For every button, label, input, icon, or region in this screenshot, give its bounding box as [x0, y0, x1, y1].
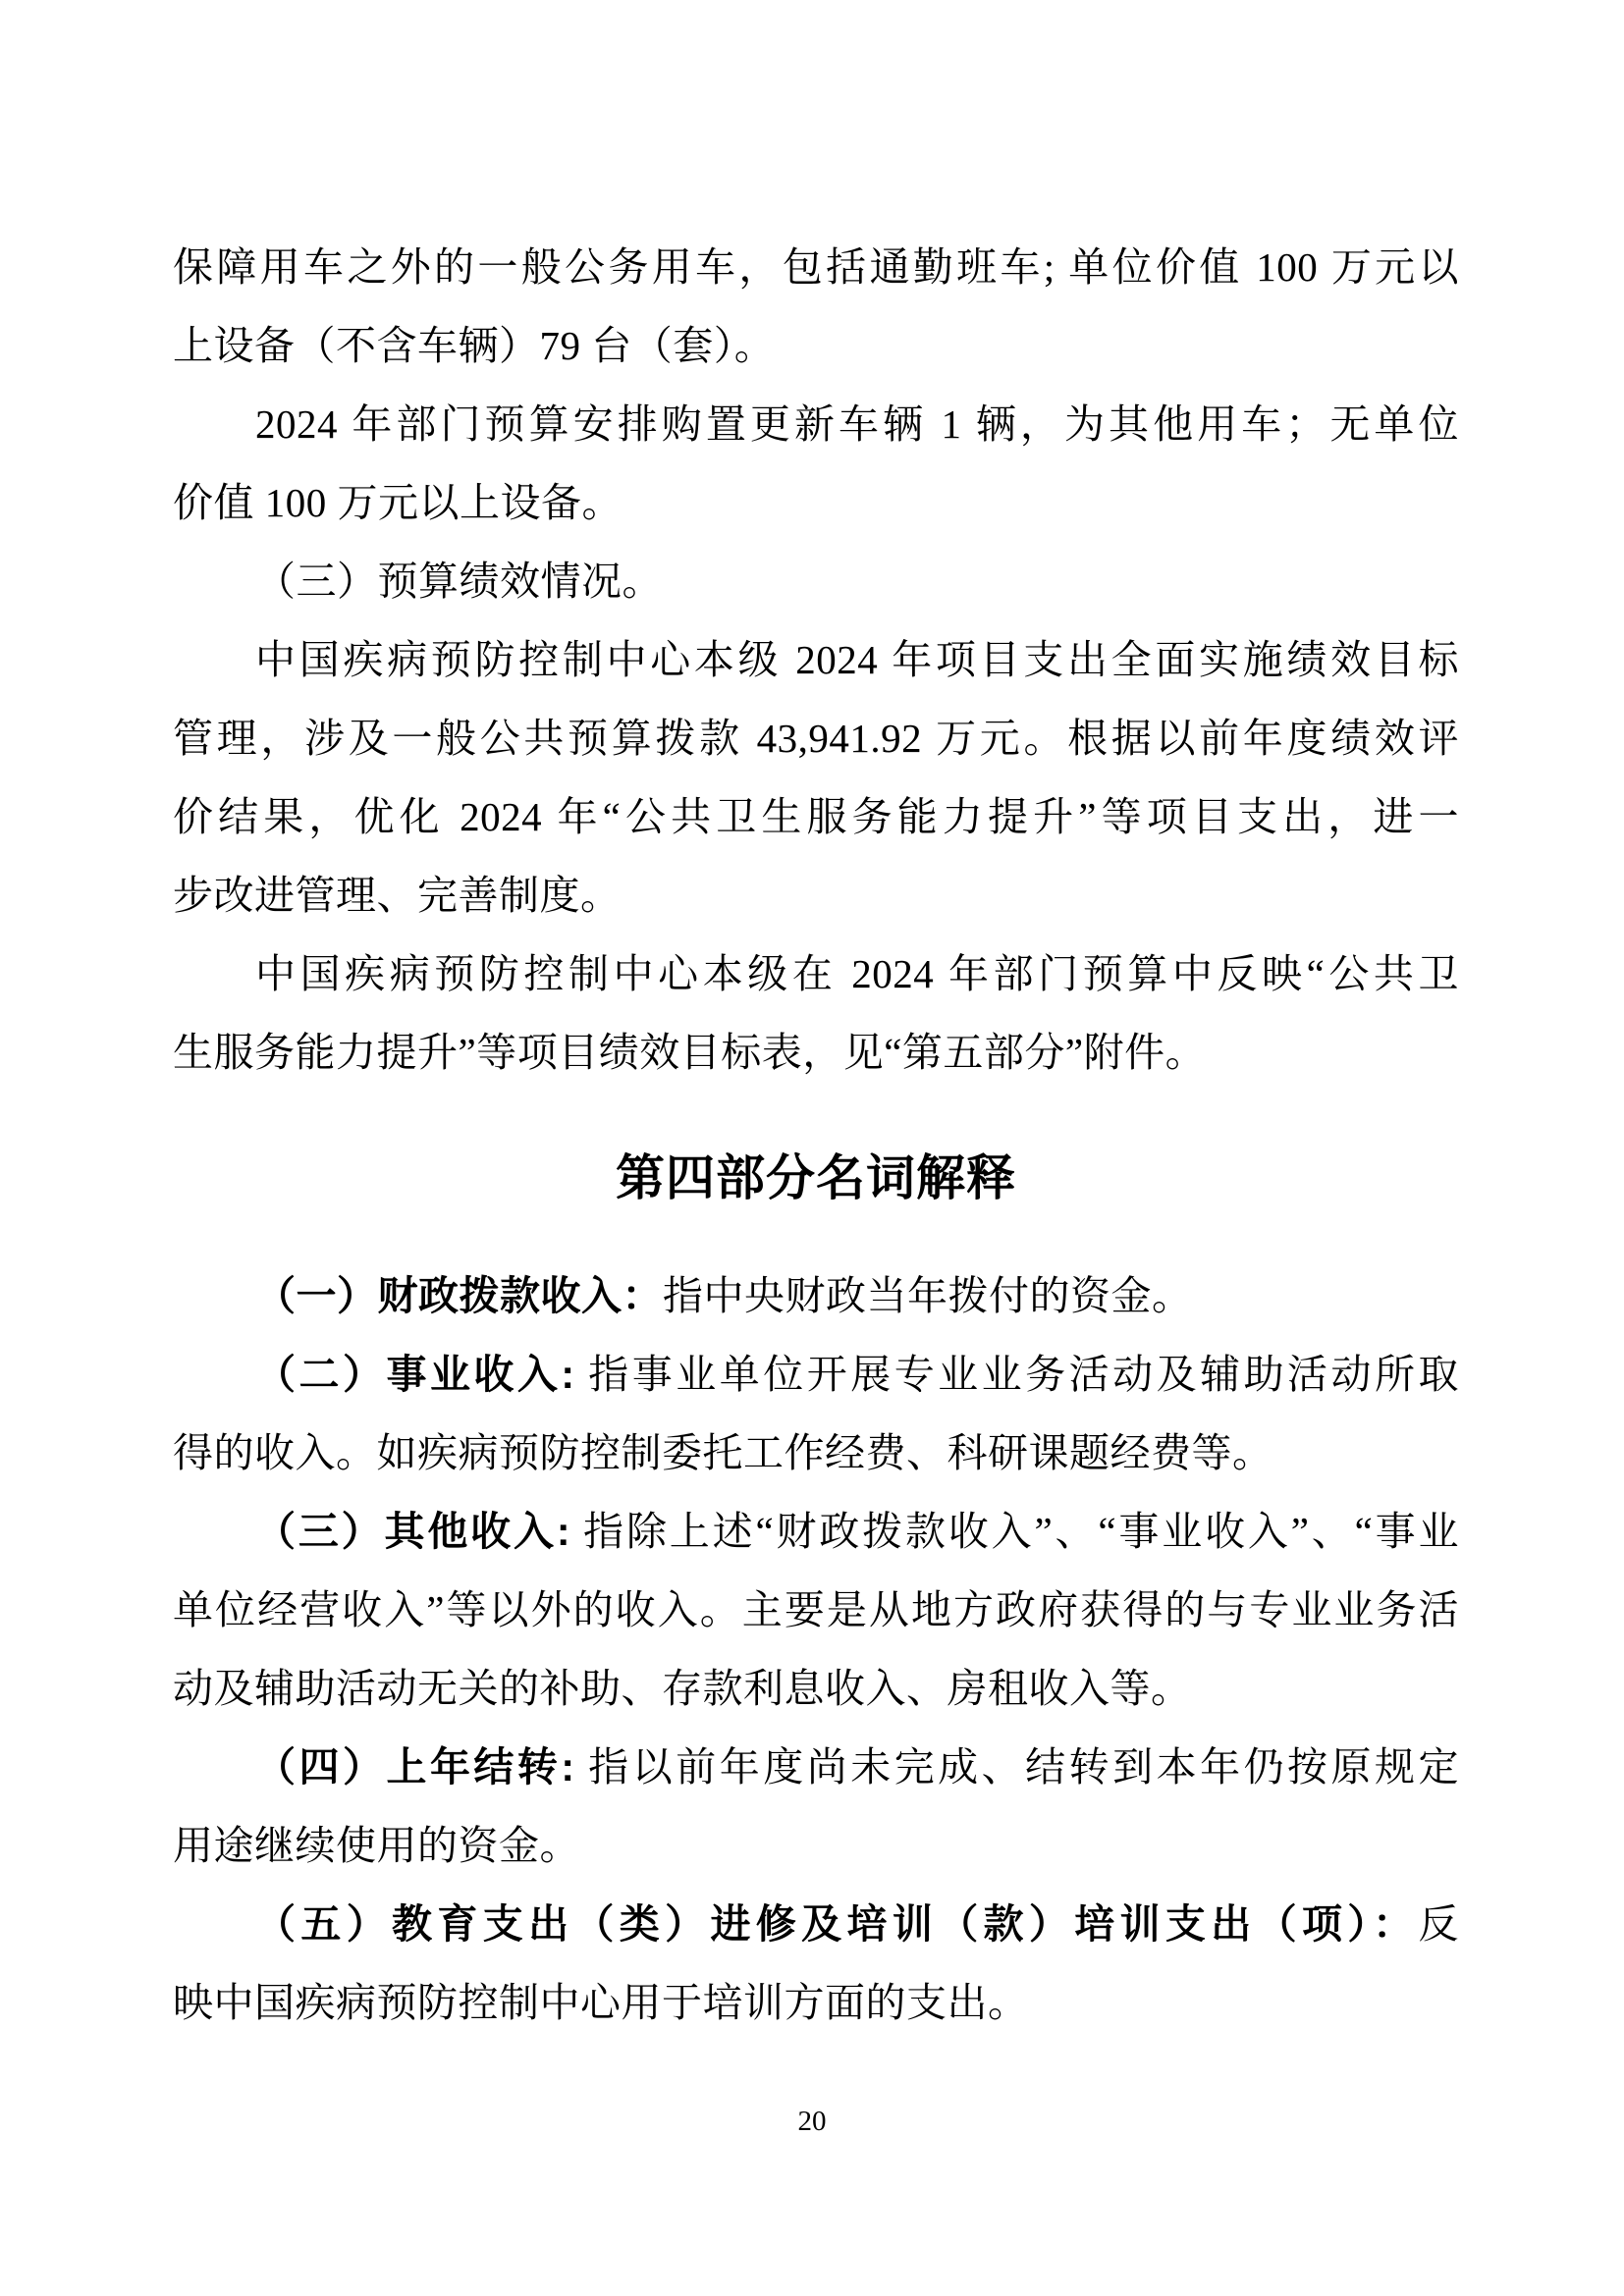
- body-text: 步改进管理、完善制度。: [173, 873, 622, 918]
- body-line: 2024 年部门预算安排购置更新车辆 1 辆，为其他用车；无单位: [173, 385, 1459, 463]
- page-number: 20: [0, 2102, 1624, 2141]
- term-label: （四）上年结转:: [255, 1744, 575, 1789]
- body-text: 2024 年部门预算安排购置更新车辆 1 辆，为其他用车；无单位: [255, 401, 1459, 447]
- paragraph-group-top: 保障用车之外的一般公务用车，包括通勤班车; 单位价值 100 万元以上设备（不含…: [173, 228, 1459, 1092]
- body-text: （三）预算绩效情况。: [255, 559, 663, 604]
- section-heading: 第四部分名词解释: [173, 1139, 1459, 1217]
- body-line: 中国疾病预防控制中心本级 2024 年项目支出全面实施绩效目标: [173, 620, 1459, 699]
- term-label: （二）事业收入:: [255, 1352, 575, 1397]
- body-line: 价结果，优化 2024 年“公共卫生服务能力提升”等项目支出，进一: [173, 777, 1459, 856]
- body-text: 中国疾病预防控制中心本级在 2024 年部门预算中反映“公共卫: [255, 951, 1459, 996]
- document-page: 保障用车之外的一般公务用车，包括通勤班车; 单位价值 100 万元以上设备（不含…: [0, 0, 1624, 2296]
- body-text: 指除上述“财政拨款收入”、“事业收入”、“事业: [570, 1509, 1459, 1554]
- body-line: 生服务能力提升”等项目绩效目标表，见“第五部分”附件。: [173, 1013, 1459, 1092]
- paragraph-group-bottom: （一）财政拨款收入：指中央财政当年拨付的资金。（二）事业收入: 指事业单位开展专…: [173, 1256, 1459, 2042]
- body-line: 映中国疾病预防控制中心用于培训方面的支出。: [173, 1963, 1459, 2042]
- body-line: （三）其他收入: 指除上述“财政拨款收入”、“事业收入”、“事业: [173, 1492, 1459, 1571]
- body-text: 单位经营收入”等以外的收入。主要是从地方政府获得的与专业业务活: [173, 1587, 1459, 1632]
- body-line: （一）财政拨款收入：指中央财政当年拨付的资金。: [173, 1256, 1459, 1335]
- body-line: 用途继续使用的资金。: [173, 1806, 1459, 1885]
- body-text: 动及辅助活动无关的补助、存款利息收入、房租收入等。: [173, 1666, 1192, 1711]
- body-text: 上设备（不含车辆）79 台（套）。: [173, 323, 775, 368]
- body-line: 价值 100 万元以上设备。: [173, 463, 1459, 542]
- body-text: 价值 100 万元以上设备。: [173, 480, 623, 525]
- body-line: （二）事业收入: 指事业单位开展专业业务活动及辅助活动所取: [173, 1335, 1459, 1414]
- body-line: 得的收入。如疾病预防控制委托工作经费、科研课题经费等。: [173, 1414, 1459, 1492]
- body-text: 指事业单位开展专业业务活动及辅助活动所取: [575, 1352, 1459, 1397]
- body-text: 价结果，优化 2024 年“公共卫生服务能力提升”等项目支出，进一: [173, 794, 1459, 839]
- body-text: 管理，涉及一般公共预算拨款 43,941.92 万元。根据以前年度绩效评: [173, 716, 1459, 761]
- body-text: 映中国疾病预防控制中心用于培训方面的支出。: [173, 1980, 1029, 2025]
- text-block: 保障用车之外的一般公务用车，包括通勤班车; 单位价值 100 万元以上设备（不含…: [173, 228, 1459, 2042]
- body-line: 步改进管理、完善制度。: [173, 856, 1459, 934]
- body-text: 中国疾病预防控制中心本级 2024 年项目支出全面实施绩效目标: [255, 637, 1459, 682]
- body-text: 指以前年度尚未完成、结转到本年仍按原规定: [575, 1744, 1459, 1789]
- term-label: （一）财政拨款收入：: [255, 1273, 663, 1318]
- term-label: （三）其他收入:: [255, 1509, 570, 1554]
- body-line: 中国疾病预防控制中心本级在 2024 年部门预算中反映“公共卫: [173, 934, 1459, 1013]
- body-text: 指中央财政当年拨付的资金。: [663, 1273, 1193, 1318]
- body-line: 上设备（不含车辆）79 台（套）。: [173, 306, 1459, 385]
- body-text: 得的收入。如疾病预防控制委托工作经费、科研课题经费等。: [173, 1430, 1273, 1475]
- body-line: 保障用车之外的一般公务用车，包括通勤班车; 单位价值 100 万元以: [173, 228, 1459, 306]
- body-line: 动及辅助活动无关的补助、存款利息收入、房租收入等。: [173, 1649, 1459, 1728]
- body-line: （三）预算绩效情况。: [173, 542, 1459, 620]
- term-label: （五）教育支出（类）进修及培训（款）培训支出（项）：: [255, 1901, 1419, 1947]
- body-line: 管理，涉及一般公共预算拨款 43,941.92 万元。根据以前年度绩效评: [173, 699, 1459, 777]
- body-line: （五）教育支出（类）进修及培训（款）培训支出（项）：反: [173, 1885, 1459, 1963]
- body-line: （四）上年结转: 指以前年度尚未完成、结转到本年仍按原规定: [173, 1728, 1459, 1806]
- body-text: 保障用车之外的一般公务用车，包括通勤班车; 单位价值 100 万元以: [173, 244, 1459, 290]
- body-line: 单位经营收入”等以外的收入。主要是从地方政府获得的与专业业务活: [173, 1571, 1459, 1649]
- body-text: 反: [1419, 1901, 1460, 1947]
- body-text: 用途继续使用的资金。: [173, 1823, 580, 1868]
- body-text: 生服务能力提升”等项目绩效目标表，见“第五部分”附件。: [173, 1030, 1206, 1075]
